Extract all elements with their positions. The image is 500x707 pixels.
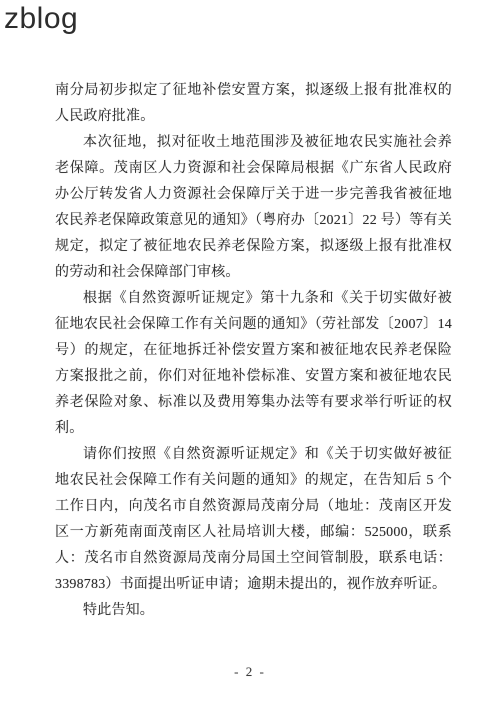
page-number: - 2 - [0, 664, 500, 680]
doc-paragraph: 特此告知。 [55, 598, 452, 624]
doc-paragraph: 根据《自然资源听证规定》第十九条和《关于切实做好被征地农民社会保障工作有关问题的… [55, 286, 452, 442]
doc-paragraph: 请你们按照《自然资源听证规定》和《关于切实做好被征地农民社会保障工作有关问题的通… [55, 442, 452, 598]
document-scan: 南分局初步拟定了征地补偿安置方案，拟逐级上报有批准权的人民政府批准。 本次征地，… [55, 78, 452, 624]
doc-paragraph: 南分局初步拟定了征地补偿安置方案，拟逐级上报有批准权的人民政府批准。 [55, 78, 452, 130]
blog-page: zblog 南分局初步拟定了征地补偿安置方案，拟逐级上报有批准权的人民政府批准。… [0, 0, 500, 707]
site-logo[interactable]: zblog [4, 2, 78, 36]
doc-paragraph: 本次征地，拟对征收土地范围涉及被征地农民实施社会养老保障。茂南区人力资源和社会保… [55, 130, 452, 286]
